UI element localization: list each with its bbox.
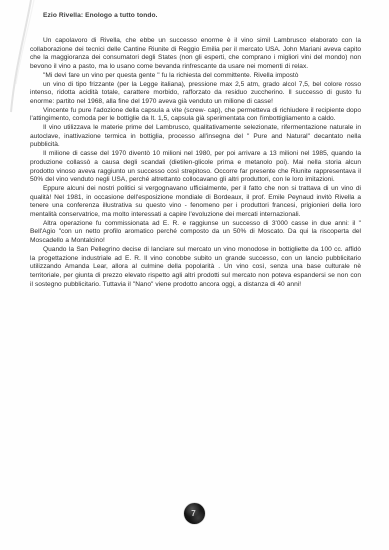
document-body: Un capolavoro di Rivella, che ebbe un su… (30, 37, 361, 289)
paragraph-bordeaux: Eppure alcuni dei nostri politici si ver… (30, 185, 361, 220)
paragraph-sanpellegrino: Quando la San Pellegrino decise di lanci… (30, 246, 361, 290)
paragraph-quote: "Mi devi fare un vino per questa gente "… (30, 72, 361, 81)
paragraph-bellagio: Altra operazione fu commissionata ad E. … (30, 220, 361, 246)
document-page: Ezio Rivella: Enologo a tutto tondo. Un … (0, 0, 389, 550)
document-title: Ezio Rivella: Enologo a tutto tondo. (43, 12, 158, 19)
paragraph-wine-specs: un vino di tipo frizzante (per la Legge … (30, 81, 361, 107)
stamp-number: 7 (191, 510, 195, 518)
paragraph-screwcap: Vincente fu pure l'adozione della capsul… (30, 107, 361, 124)
paragraph-sales-growth: Il milione di casse del 1970 diventò 10 … (30, 150, 361, 185)
paragraph-intro: Un capolavoro di Rivella, che ebbe un su… (30, 37, 361, 72)
seal-stamp-icon: 7 (184, 503, 205, 524)
paragraph-pure-natural: Il vino utilizzava le materie prime del … (30, 124, 361, 150)
